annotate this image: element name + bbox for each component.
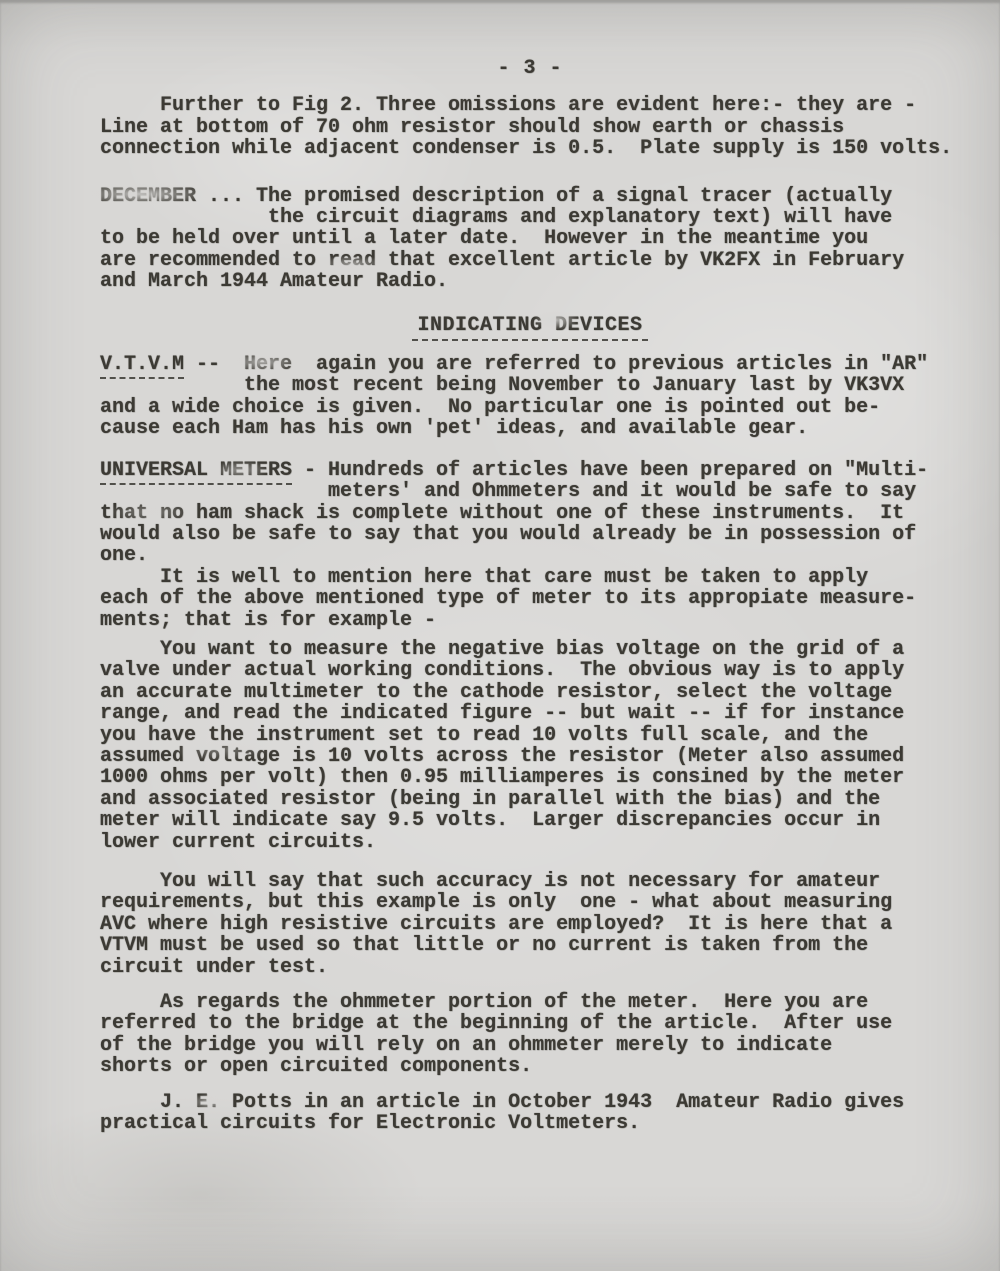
section-heading-text: INDICATING DEVICES — [412, 314, 647, 341]
paragraph-fig2-errata: Further to Fig 2. Three omissions are ev… — [100, 95, 960, 159]
page-number: - 3 - — [100, 58, 960, 79]
paragraph-universal-meters-first-line: UNIVERSAL METERS - Hundreds of articles … — [100, 460, 960, 481]
paragraph-universal-meters-body: meters' and Ohmmeters and it would be sa… — [100, 481, 960, 631]
scanned-typewritten-page: - 3 - Further to Fig 2. Three omissions … — [0, 0, 1000, 1271]
section-heading: INDICATING DEVICES — [100, 315, 960, 336]
paragraph-universal-meters-first-line-rest: - Hundreds of articles have been prepare… — [292, 459, 928, 482]
paragraph-vtvm-first-line-rest: -- Here again you are referred to previo… — [184, 353, 928, 376]
paragraph-accuracy-discussion: You will say that such accuracy is not n… — [100, 871, 960, 978]
paragraph-ohmmeter-usage: As regards the ohmmeter portion of the m… — [100, 992, 960, 1078]
paragraph-bias-measurement-example: You want to measure the negative bias vo… — [100, 639, 960, 853]
paragraph-vtvm-body: the most recent being November to Januar… — [100, 375, 960, 439]
paragraph-vtvm-first-line: V.T.V.M -- Here again you are referred t… — [100, 354, 960, 375]
paragraph-potts-reference: J. E. Potts in an article in October 194… — [100, 1092, 960, 1135]
paragraph-december-note: DECEMBER ... The promised description of… — [100, 186, 960, 293]
paragraph-universal-meters: UNIVERSAL METERS - Hundreds of articles … — [100, 460, 960, 631]
paragraph-vtvm: V.T.V.M -- Here again you are referred t… — [100, 354, 960, 440]
page-content: - 3 - Further to Fig 2. Three omissions … — [100, 58, 960, 1134]
